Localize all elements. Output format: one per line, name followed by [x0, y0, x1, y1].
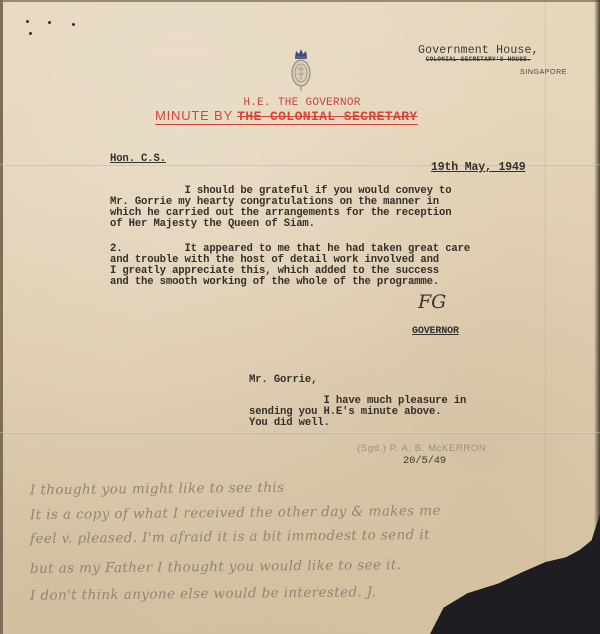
governor-initials-signature: FG [418, 291, 446, 313]
handwritten-line: I don't think anyone else would be inter… [30, 584, 377, 604]
heading-minute-by: MINUTE BY THE COLONIAL SECRETARY [155, 108, 418, 125]
torn-corner [430, 514, 600, 634]
heading-struck-title: THE COLONIAL SECRETARY [237, 109, 417, 124]
minute-date: 19th May, 1949 [431, 162, 526, 173]
signed-stamp: (Sgd.) P. A. B. McKERRON [357, 443, 486, 454]
fold-crease [0, 432, 600, 434]
minute-paragraph-1: I should be grateful if you would convey… [110, 186, 451, 230]
reply-salutation: Mr. Gorrie, [249, 375, 317, 386]
handwritten-line: It is a copy of what I received the othe… [30, 503, 441, 523]
heading-prefix: MINUTE BY [155, 108, 237, 123]
letterhead: Government House, COLONIAL SECRETARY'S H… [418, 44, 539, 63]
fold-crease-vertical [545, 0, 546, 634]
royal-crest-icon [289, 47, 313, 95]
letterhead-struck-line: COLONIAL SECRETARY'S HOUSE. [418, 56, 539, 63]
reply-body: I have much pleasure in sending you H.E'… [249, 396, 466, 429]
minute-addressee: Hon. C.S. [110, 154, 166, 165]
paper-top-edge [0, 0, 600, 2]
handwritten-line: feel v. pleased. I'm afraid it is a bit … [30, 527, 430, 547]
minute-paragraph-2: 2. It appeared to me that he had taken g… [110, 244, 470, 288]
handwritten-line: I thought you might like to see this [30, 480, 285, 499]
handwritten-line: but as my Father I thought you would lik… [30, 557, 402, 577]
scanned-document: Government House, COLONIAL SECRETARY'S H… [0, 0, 600, 634]
letterhead-city: SINGAPORE [520, 69, 567, 76]
minute-signatory: GOVERNOR [412, 326, 459, 337]
reply-date: 20/5/49 [403, 456, 446, 467]
paper-left-edge [0, 0, 3, 634]
